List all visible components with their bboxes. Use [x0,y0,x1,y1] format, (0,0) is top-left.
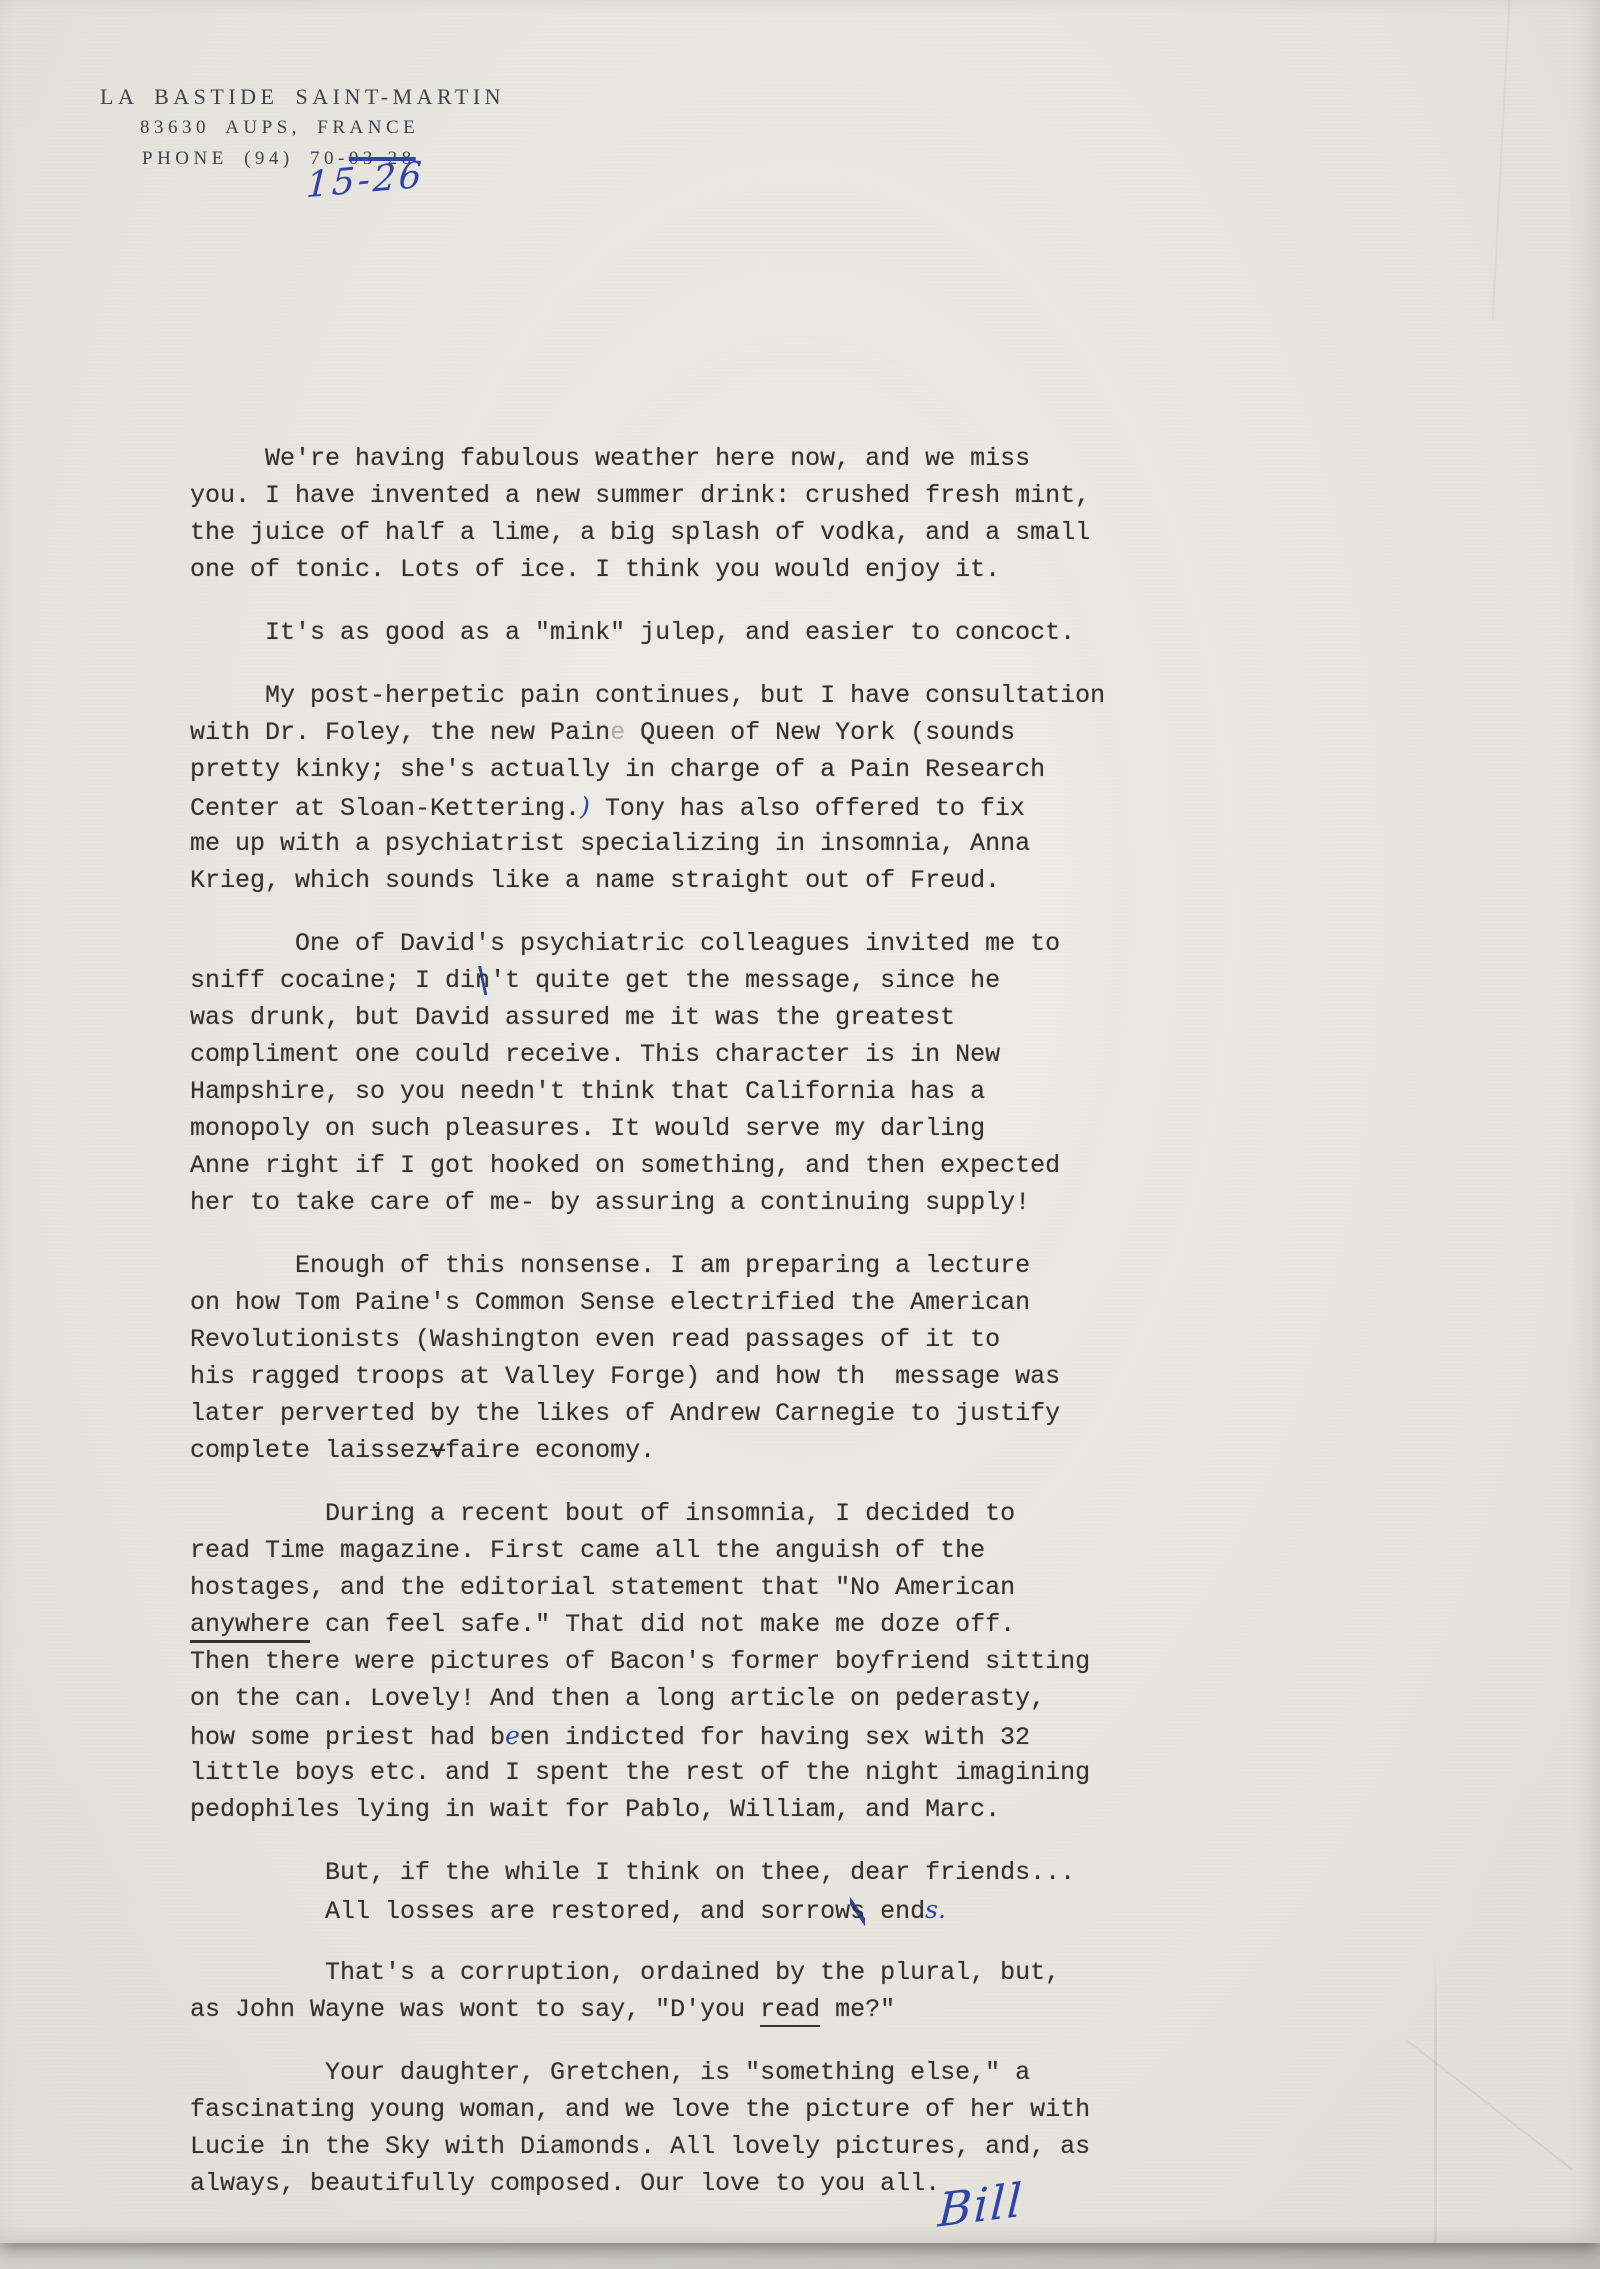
letter-line: complete laissezvfaire economy. [190,1432,1105,1469]
letter-line: with Dr. Foley, the new Paine Queen of N… [190,714,1105,751]
text-segment: end [865,1897,925,1926]
faded-typed-letter: e [610,718,625,747]
paragraph-7-quote: But, if the while I think on thee, dear … [190,1854,1105,1928]
letterhead-name: LA BASTIDE SAINT-MARTIN [100,84,505,110]
letter-line: sniff cocaine; I din't quite get the mes… [190,962,1105,999]
letter-line: Lucie in the Sky with Diamonds. All love… [190,2128,1105,2165]
text-segment: All losses are restored, and sorrow [190,1897,850,1926]
text-segment: Tony has also offered to fix [590,794,1025,823]
paragraph-2: It's as good as a "mink" julep, and easi… [190,614,1105,651]
letter-line: read Time magazine. First came all the a… [190,1532,1105,1569]
letter-line: Anne right if I got hooked on something,… [190,1147,1105,1184]
letter-line: fascinating young woman, and we love the… [190,2091,1105,2128]
text-segment: Queen of New York (sounds [625,718,1015,747]
text-segment: me?" [820,1995,895,2024]
text-segment: can feel safe." That did not make me doz… [310,1610,1015,1639]
paragraph-5: Enough of this nonsense. I am preparing … [190,1247,1105,1469]
letter-line: But, if the while I think on thee, dear … [190,1854,1105,1891]
pen-inserted-letter: e [505,1721,520,1750]
letter-line: It's as good as a "mink" julep, and easi… [190,614,1105,651]
letter-body: We're having fabulous weather here now, … [190,440,1105,2228]
letter-line: her to take care of me- by assuring a co… [190,1184,1105,1221]
letter-line: Your daughter, Gretchen, is "something e… [190,2054,1105,2091]
overstruck-typo: v [430,1436,445,1465]
letter-line: All losses are restored, and sorrows end… [190,1891,1105,1928]
letter-line: That's a corruption, ordained by the plu… [190,1954,1105,1991]
letter-line: One of David's psychiatric colleagues in… [190,925,1105,962]
letter-line: pedophiles lying in wait for Pablo, Will… [190,1791,1105,1828]
letter-line: Enough of this nonsense. I am preparing … [190,1247,1105,1284]
paper-crease-top [1492,0,1511,320]
letter-line: hostages, and the editorial statement th… [190,1569,1105,1606]
letter-line: one of tonic. Lots of ice. I think you w… [190,551,1105,588]
letter-line: later perverted by the likes of Andrew C… [190,1395,1105,1432]
letter-line: Center at Sloan-Kettering.) Tony has als… [190,788,1105,825]
letter-line: Krieg, which sounds like a name straight… [190,862,1105,899]
text-segment: sniff cocaine; I di [190,966,475,995]
letter-line: little boys etc. and I spent the rest of… [190,1754,1105,1791]
paragraph-3: My post-herpetic pain continues, but I h… [190,677,1105,899]
letter-line: as John Wayne was wont to say, "D'you re… [190,1991,1105,2028]
paragraph-1: We're having fabulous weather here now, … [190,440,1105,588]
pen-slashed-letter: s [850,1897,865,1926]
letter-line: Revolutionists (Washington even read pas… [190,1321,1105,1358]
letter-line: anywhere can feel safe." That did not ma… [190,1606,1105,1643]
text-segment: complete laissez [190,1436,430,1465]
letter-line: Hampshire, so you needn't think that Cal… [190,1073,1105,1110]
text-segment: how some priest had b [190,1723,505,1752]
letter-line: how some priest had been indicted for ha… [190,1717,1105,1754]
text-segment: as John Wayne was wont to say, "D'you [190,1995,760,2024]
letter-line: My post-herpetic pain continues, but I h… [190,677,1105,714]
letterhead-address: 83630 AUPS, FRANCE [140,117,419,139]
text-segment: faire economy. [445,1436,655,1465]
letter-paper: LA BASTIDE SAINT-MARTIN 83630 AUPS, FRAN… [0,0,1600,2243]
letter-line: During a recent bout of insomnia, I deci… [190,1495,1105,1532]
letter-line: monopoly on such pleasures. It would ser… [190,1110,1105,1147]
pen-inserted-letter: s. [925,1895,946,1924]
paragraph-8: That's a corruption, ordained by the plu… [190,1954,1105,2028]
pen-inserted-paren: ) [580,792,590,821]
letter-line: was drunk, but David assured me it was t… [190,999,1105,1036]
paper-crease-vertical [1434,1952,1437,2243]
text-segment: with Dr. Foley, the new Pain [190,718,610,747]
text-segment: Center at Sloan-Kettering. [190,794,580,823]
text-segment: en indicted for having sex with 32 [520,1723,1030,1752]
letter-line: compliment one could receive. This chara… [190,1036,1105,1073]
signature-bill: Bill [937,2172,1025,2237]
letter-line: on how Tom Paine's Common Sense electrif… [190,1284,1105,1321]
letter-line: the juice of half a lime, a big splash o… [190,514,1105,551]
letter-line: Then there were pictures of Bacon's form… [190,1643,1105,1680]
letter-line: you. I have invented a new summer drink:… [190,477,1105,514]
letter-line: me up with a psychiatrist specializing i… [190,825,1105,862]
paper-crease-diagonal [1407,2040,1574,2171]
paragraph-4: One of David's psychiatric colleagues in… [190,925,1105,1221]
letter-line: on the can. Lovely! And then a long arti… [190,1680,1105,1717]
underlined-word: anywhere [190,1610,310,1643]
underlined-word: read [760,1995,820,2027]
text-segment: 't quite get the message, since he [490,966,1000,995]
letter-line: pretty kinky; she's actually in charge o… [190,751,1105,788]
pen-slashed-letter: n [475,966,490,995]
paragraph-6: During a recent bout of insomnia, I deci… [190,1495,1105,1828]
letter-line: his ragged troops at Valley Forge) and h… [190,1358,1105,1395]
letter-line: We're having fabulous weather here now, … [190,440,1105,477]
